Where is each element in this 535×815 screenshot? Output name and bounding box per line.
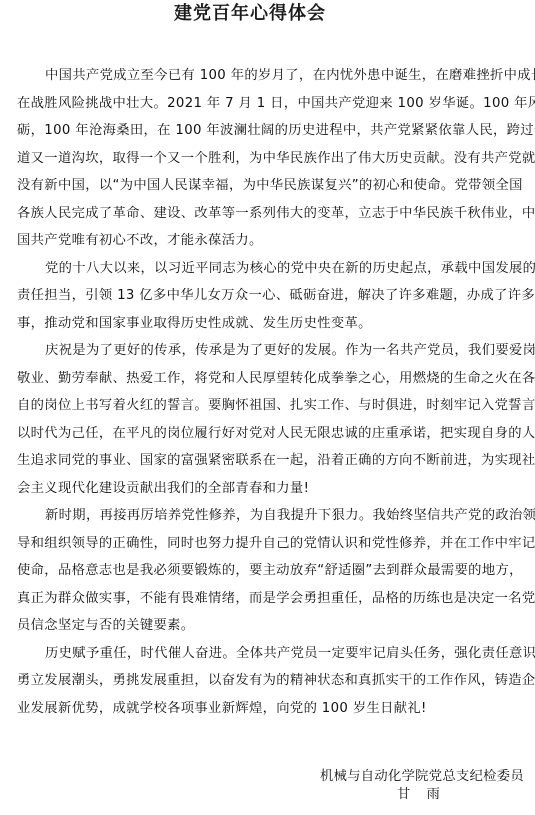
document-title: 建党百年心得体会: [0, 3, 500, 25]
signature-block: 机械与自动化学院党总支纪检委员 甘 雨: [250, 768, 535, 804]
text-line: 新时期，再接再厉培养党性修养，为自我提升下狠力。我始终坚信共产党的政治领: [17, 502, 502, 530]
paragraph-2: 党的十八大以来，以习近平同志为核心的党中央在新的历史起点，承载中国发展的 责任担…: [17, 255, 502, 338]
text-line: 导和组织领导的正确性，同时也努力提升自己的党情认识和党性修养，并在工作中牢记: [17, 530, 502, 558]
text-line: 会主义现代化建设贡献出我们的全部青春和力量!: [17, 475, 502, 503]
text-line: 生追求同党的事业、国家的富强紧密联系在一起，沿着正确的方向不断前进，为实现社: [17, 447, 502, 475]
text-line: 业发展新优势，成就学校各项事业新辉煌，向党的 100 岁生日献礼!: [17, 695, 502, 723]
signature-organization: 机械与自动化学院党总支纪检委员: [250, 768, 535, 786]
text-line: 真正为群众做实事，不能有畏难情绪，而是学会勇担重任，品格的历练也是决定一名党: [17, 585, 502, 613]
text-line: 使命，品格意志也是我必须要锻炼的，要主动放弃“舒适圈”去到群众最需要的地方，: [17, 557, 502, 585]
text-line: 以时代为己任，在平凡的岗位履行好对党对人民无限忠诚的庄重承诺，把实现自身的人: [17, 420, 502, 448]
text-line: 没有新中国，以“为中国人民谋幸福，为中华民族谋复兴”的初心和使命。党带领全国: [17, 172, 502, 200]
paragraph-5: 历史赋予重任，时代催人奋进。全体共产党员一定要牢记肩头任务，强化责任意识， 勇立…: [17, 640, 502, 723]
text-line: 在战胜风险挑战中壮大。2021 年 7 月 1 日，中国共产党迎来 100 岁华…: [17, 90, 502, 118]
text-line: 砺，100 年沧海桑田，在 100 年波澜壮阔的历史进程中，共产党紧紧依靠人民，…: [17, 117, 502, 145]
signature-name: 甘 雨: [250, 786, 535, 804]
text-line: 员信念坚定与否的关键要素。: [17, 612, 502, 640]
text-line: 国共产党唯有初心不改，才能永葆活力。: [17, 227, 502, 255]
text-line: 责任担当，引领 13 亿多中华儿女万众一心、砥砺奋进，解决了许多难题，办成了许多…: [17, 282, 502, 310]
paragraph-3: 庆祝是为了更好的传承，传承是为了更好的发展。作为一名共产党员，我们要爱岗 敬业、…: [17, 337, 502, 502]
text-line: 勇立发展潮头，勇挑发展重担，以奋发有为的精神状态和真抓实干的工作作风，铸造企: [17, 667, 502, 695]
text-line: 庆祝是为了更好的传承，传承是为了更好的发展。作为一名共产党员，我们要爱岗: [17, 337, 502, 365]
text-line: 中国共产党成立至今已有 100 年的岁月了，在内忧外患中诞生，在磨难挫折中成长，: [17, 62, 502, 90]
paragraph-4: 新时期，再接再厉培养党性修养，为自我提升下狠力。我始终坚信共产党的政治领 导和组…: [17, 502, 502, 640]
text-line: 敬业、勤劳奉献、热爱工作，将党和人民厚望转化成拳拳之心，用燃烧的生命之火在各: [17, 365, 502, 393]
text-line: 自的岗位上书写着火红的誓言。要胸怀祖国、扎实工作、与时俱进，时刻牢记入党誓言，: [17, 392, 502, 420]
article-body: 中国共产党成立至今已有 100 年的岁月了，在内忧外患中诞生，在磨难挫折中成长，…: [17, 62, 502, 722]
text-line: 党的十八大以来，以习近平同志为核心的党中央在新的历史起点，承载中国发展的: [17, 255, 502, 283]
text-line: 各族人民完成了革命、建设、改革等一系列伟大的变革，立志于中华民族千秋伟业，中: [17, 200, 502, 228]
paragraph-1: 中国共产党成立至今已有 100 年的岁月了，在内忧外患中诞生，在磨难挫折中成长，…: [17, 62, 502, 255]
text-line: 历史赋予重任，时代催人奋进。全体共产党员一定要牢记肩头任务，强化责任意识，: [17, 640, 502, 668]
text-line: 道又一道沟坎，取得一个又一个胜利，为中华民族作出了伟大历史贡献。没有共产党就: [17, 145, 502, 173]
text-line: 事，推动党和国家事业取得历史性成就、发生历史性变革。: [17, 310, 502, 338]
